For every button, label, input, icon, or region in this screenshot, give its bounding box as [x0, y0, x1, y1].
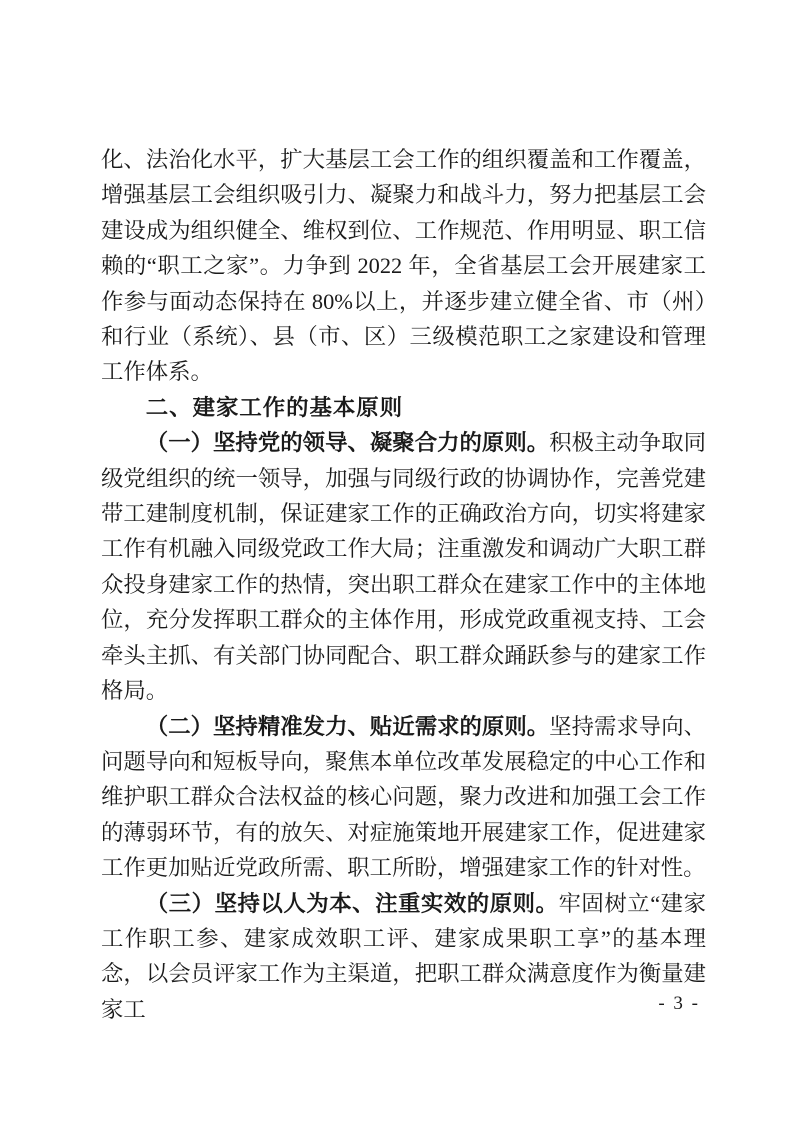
document-page: 化、法治化水平，扩大基层工会工作的组织覆盖和工作覆盖，增强基层工会组织吸引力、凝…: [0, 0, 793, 1122]
principle-1-lead: （一）坚持党的领导、凝聚合力的原则。: [146, 430, 549, 455]
principle-1-text: 积极主动争取同级党组织的统一领导，加强与同级行政的协调协作，完善党建带工建制度机…: [101, 430, 706, 703]
paragraph-principle-2: （二）坚持精准发力、贴近需求的原则。坚持需求导向、问题导向和短板导向，聚焦本单位…: [101, 709, 706, 886]
paragraph-continuation: 化、法治化水平，扩大基层工会工作的组织覆盖和工作覆盖，增强基层工会组织吸引力、凝…: [101, 142, 706, 390]
section-heading: 二、建家工作的基本原则: [101, 390, 706, 425]
paragraph-principle-1: （一）坚持党的领导、凝聚合力的原则。积极主动争取同级党组织的统一领导，加强与同级…: [101, 425, 706, 708]
principle-3-lead: （三）坚持以人为本、注重实效的原则。: [146, 891, 559, 916]
page-number: - 3 -: [0, 993, 700, 1015]
document-body: 化、法治化水平，扩大基层工会工作的组织覆盖和工作覆盖，增强基层工会组织吸引力、凝…: [101, 142, 706, 1027]
principle-2-lead: （二）坚持精准发力、贴近需求的原则。: [146, 714, 549, 739]
